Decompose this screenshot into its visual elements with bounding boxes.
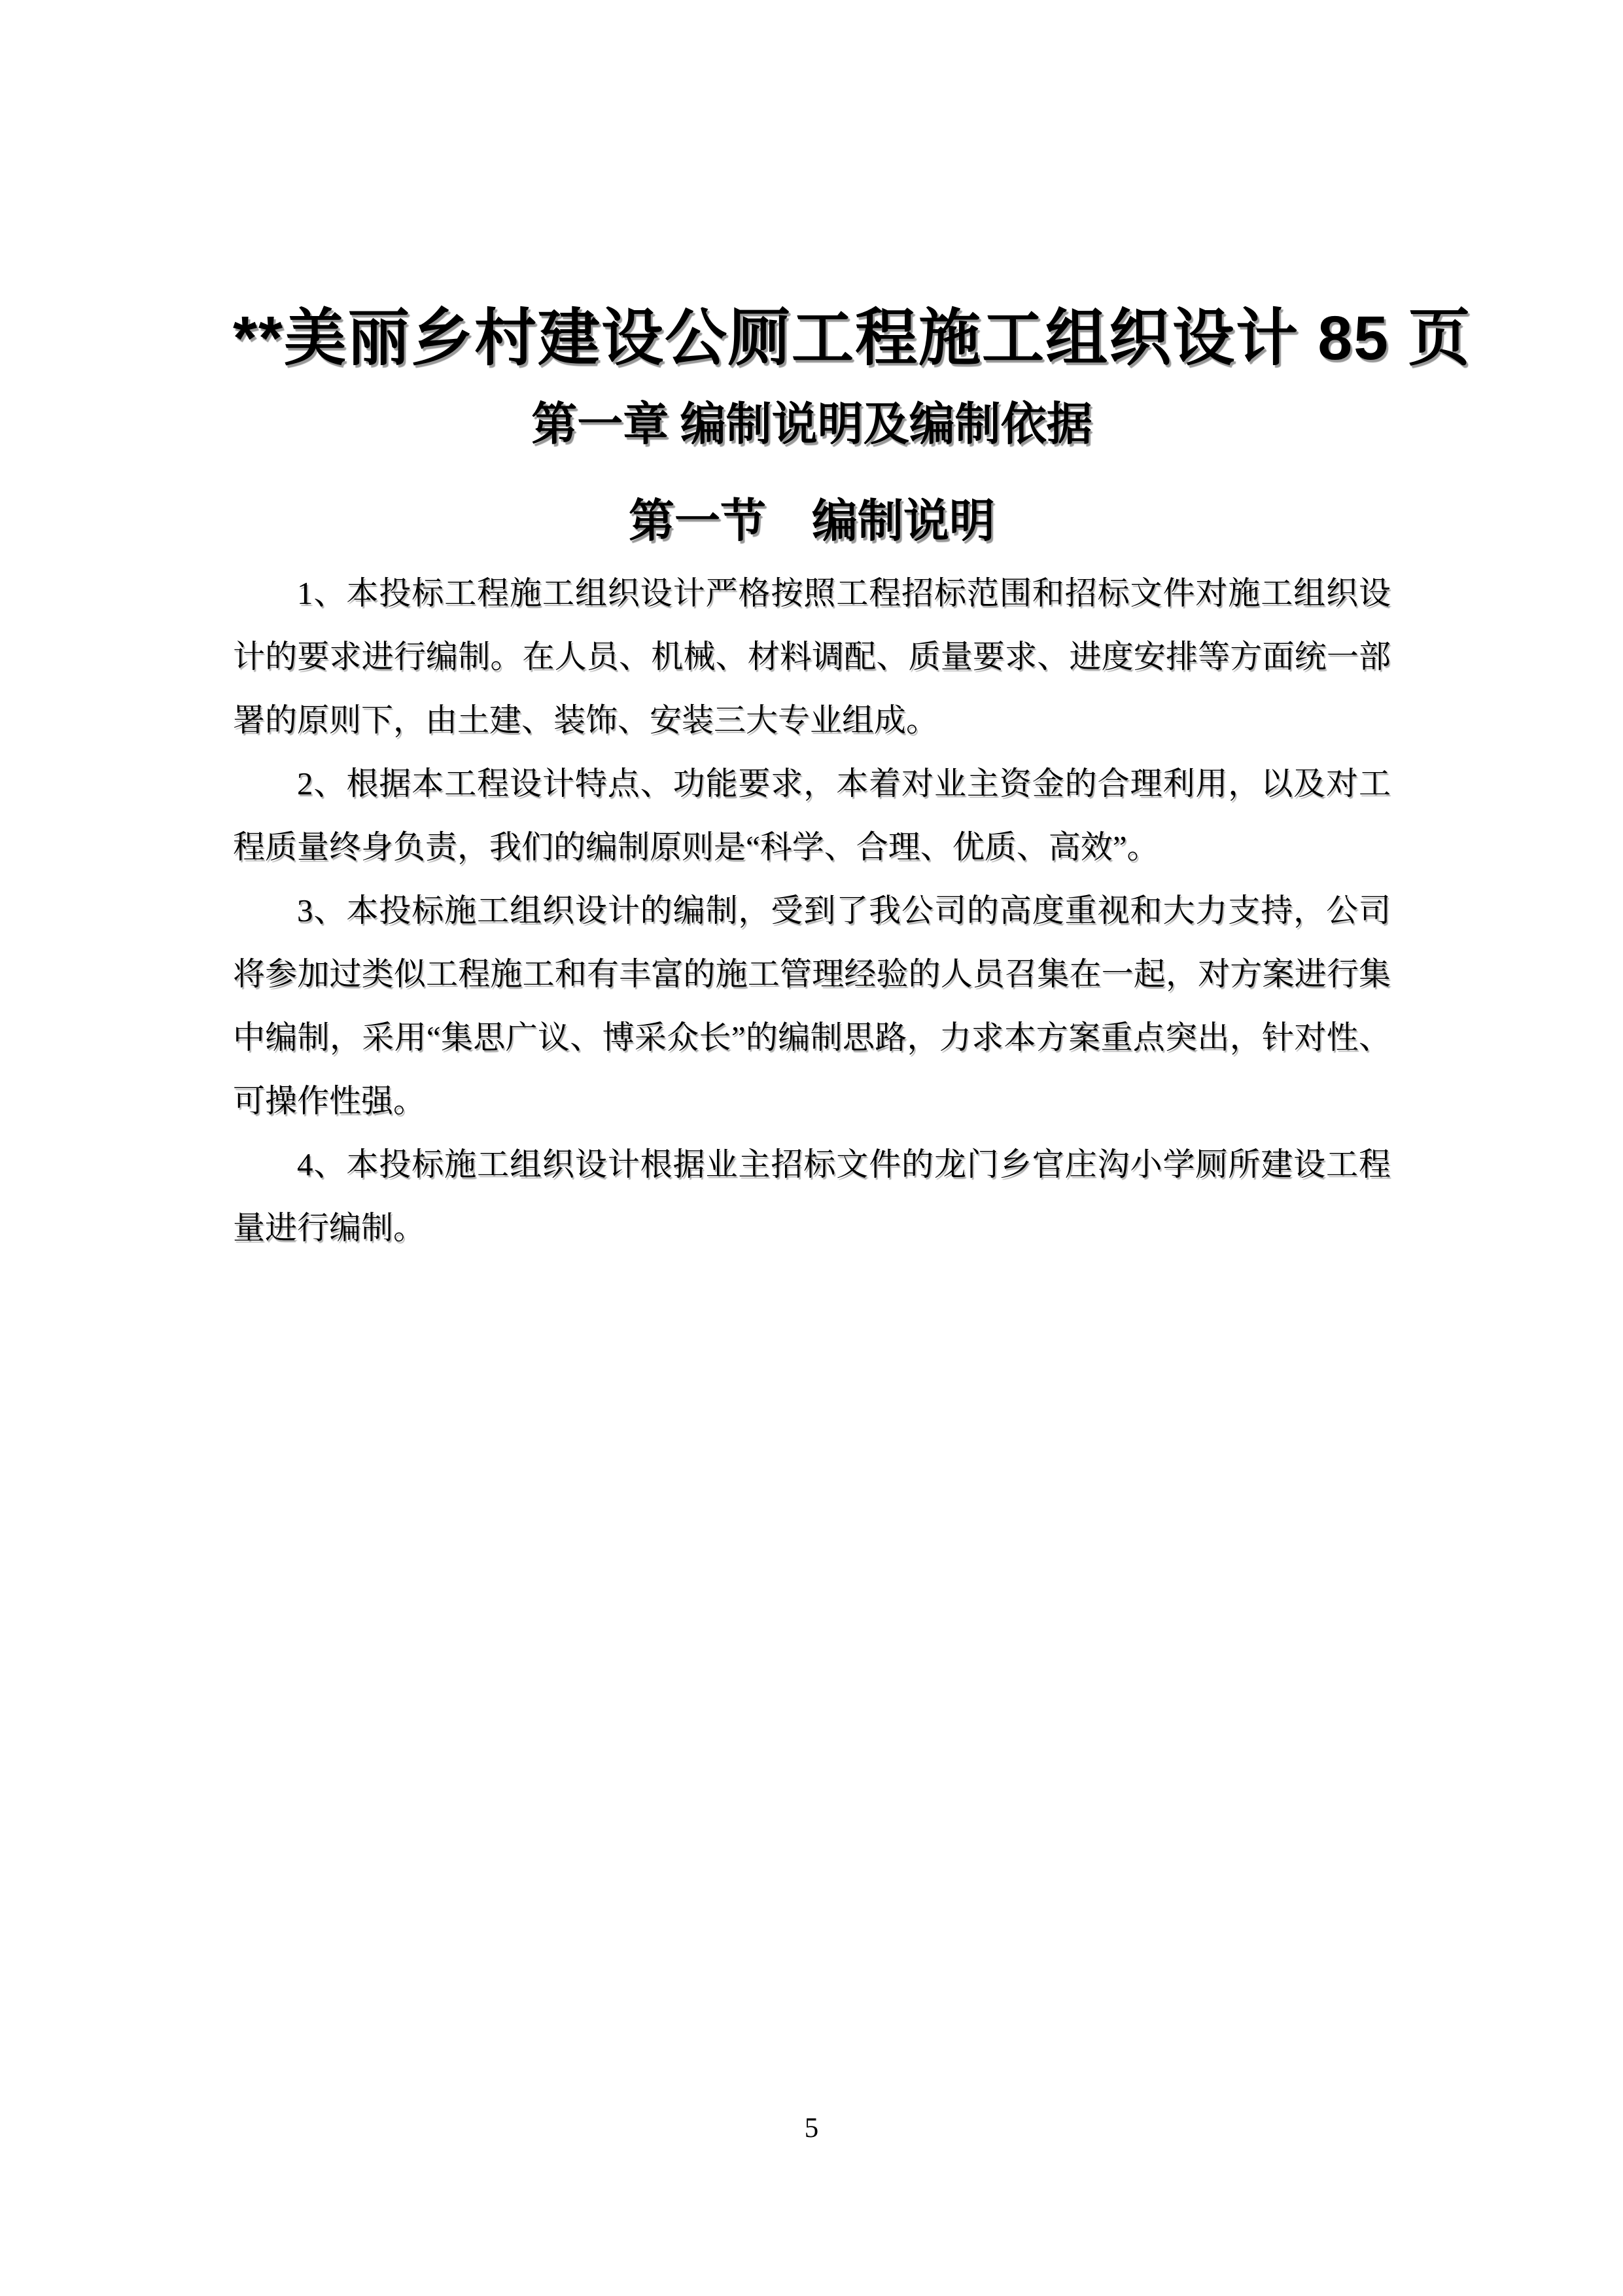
chapter-heading: 第一章 编制说明及编制依据	[233, 395, 1391, 455]
section-heading: 第一节 编制说明	[233, 492, 1391, 552]
paragraph-2: 2、根据本工程设计特点、功能要求，本着对业主资金的合理利用，以及对工程质量终身负…	[233, 752, 1391, 879]
paragraph-1: 1、本投标工程施工组织设计严格按照工程招标范围和招标文件对施工组织设计的要求进行…	[233, 561, 1391, 752]
page-number: 5	[0, 2112, 1623, 2145]
paragraph-4: 4、本投标施工组织设计根据业主招标文件的龙门乡官庄沟小学厕所建设工程量进行编制。	[233, 1133, 1391, 1260]
page-content: **美丽乡村建设公厕工程施工组织设计 85 页 第一章 编制说明及编制依据 第一…	[233, 0, 1391, 1260]
paragraph-3: 3、本投标施工组织设计的编制，受到了我公司的高度重视和大力支持，公司将参加过类似…	[233, 879, 1391, 1133]
document-title: **美丽乡村建设公厕工程施工组织设计 85 页	[233, 296, 1391, 381]
document-page: **美丽乡村建设公厕工程施工组织设计 85 页 第一章 编制说明及编制依据 第一…	[0, 0, 1623, 2296]
document-body: 1、本投标工程施工组织设计严格按照工程招标范围和招标文件对施工组织设计的要求进行…	[233, 561, 1391, 1260]
